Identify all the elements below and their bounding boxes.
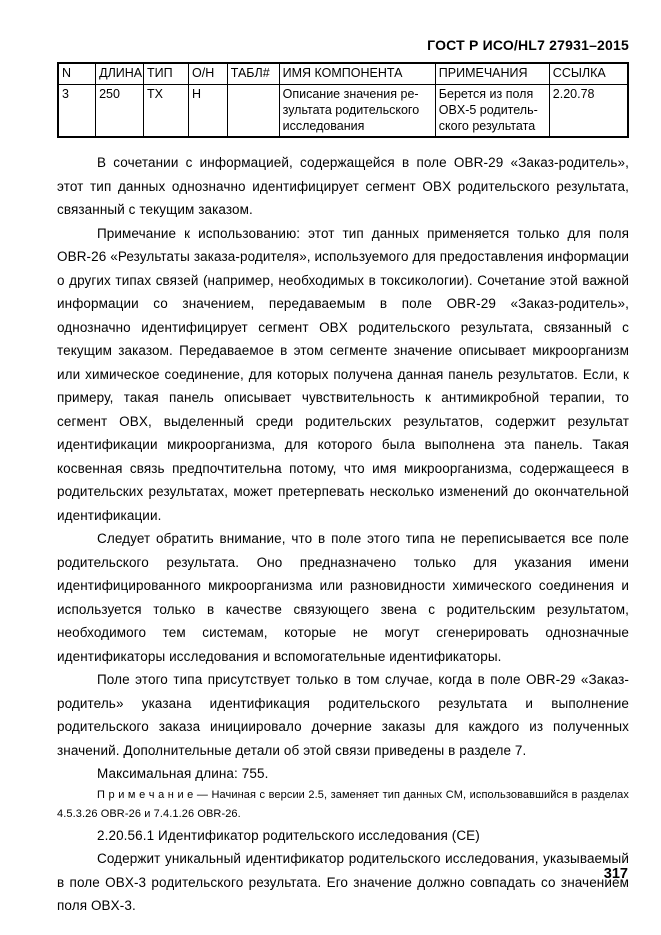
col-header-length: ДЛИНА xyxy=(96,63,144,85)
cell-component-name: Описание значения ре­зультата родительск… xyxy=(279,85,435,138)
paragraph-intro: В сочетании с информацией, содержащейся … xyxy=(57,151,629,222)
paragraph-field-presence: Поле этого типа присутствует только в то… xyxy=(57,668,629,762)
section-heading: 2.20.56.1 Идентификатор родительского ис… xyxy=(57,824,629,848)
cell-n: 3 xyxy=(58,85,96,138)
cell-length: 250 xyxy=(96,85,144,138)
col-header-opt: О/Н xyxy=(189,63,228,85)
page-header: ГОСТ Р ИСО/HL7 27931–2015 xyxy=(57,38,629,52)
cell-ref: 2.20.78 xyxy=(549,85,628,138)
col-header-n: N xyxy=(58,63,96,85)
col-header-tbl: ТАБЛ# xyxy=(227,63,279,85)
body-text: В сочетании с информацией, содержащейся … xyxy=(57,151,629,918)
table-row: 3 250 TX Н Описание значения ре­зультата… xyxy=(58,85,628,138)
standard-number: ГОСТ Р ИСО/HL7 27931–2015 xyxy=(427,37,629,53)
cell-opt: Н xyxy=(189,85,228,138)
cell-notes: Берется из поля OBX-5 родитель­ского рез… xyxy=(435,85,549,138)
table-header-row: N ДЛИНА ТИП О/Н ТАБЛ# ИМЯ КОМПОНЕНТА ПРИ… xyxy=(58,63,628,85)
col-header-type: ТИП xyxy=(143,63,188,85)
col-header-component-name: ИМЯ КОМПОНЕНТА xyxy=(279,63,435,85)
paragraph-usage-note: Примечание к использованию: этот тип дан… xyxy=(57,222,629,528)
version-note: П р и м е ч а н и е — Начиная с версии 2… xyxy=(57,786,629,824)
col-header-notes: ПРИМЕЧАНИЯ xyxy=(435,63,549,85)
col-header-ref: ССЫЛКА xyxy=(549,63,628,85)
page-number: 317 xyxy=(604,866,628,882)
cell-type: TX xyxy=(143,85,188,138)
paragraph-identifier: Содержит уникальный идентификатор родите… xyxy=(57,847,629,918)
max-length-line: Максимальная длина: 755. xyxy=(57,762,629,786)
cell-tbl xyxy=(227,85,279,138)
component-spec-table: N ДЛИНА ТИП О/Н ТАБЛ# ИМЯ КОМПОНЕНТА ПРИ… xyxy=(57,62,629,138)
document-page: ГОСТ Р ИСО/HL7 27931–2015 N ДЛИНА ТИП О/… xyxy=(0,0,661,935)
paragraph-attention: Следует обратить внимание, что в поле эт… xyxy=(57,527,629,668)
